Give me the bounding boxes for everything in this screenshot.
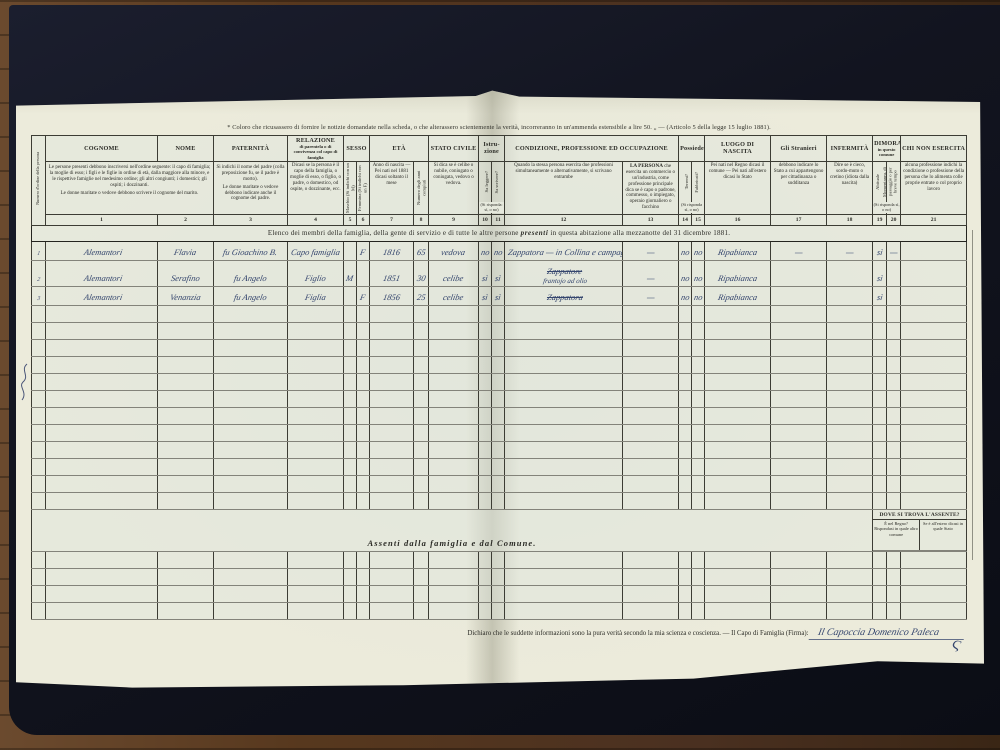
cell-terreni (679, 305, 692, 322)
cell-stranieri (771, 356, 827, 373)
cell-num (32, 339, 46, 356)
cell-f: F (357, 241, 370, 260)
cell-momentanea (887, 441, 901, 458)
cell-momentanea (887, 585, 901, 602)
page-edge-line (972, 230, 973, 560)
cell-luogo (705, 305, 771, 322)
cell-anno (370, 407, 414, 424)
cell-anni (414, 339, 429, 356)
cell-stranieri (771, 373, 827, 390)
cell-fabbricati (692, 568, 705, 585)
cell-infermita (827, 286, 873, 305)
cell-scrive (492, 568, 505, 585)
cell-nome (158, 475, 214, 492)
sa-leggere-label: Sa leggere? (484, 171, 489, 192)
cell-m (344, 458, 357, 475)
cell-anno: 1816 (370, 241, 414, 260)
cell-f (357, 458, 370, 475)
cell-momentanea (887, 407, 901, 424)
col-sesso-desc: Maschio (Si indichi con un M) Femmina (S… (344, 161, 370, 214)
cell-m (344, 305, 357, 322)
cell-terreni: no (679, 260, 692, 286)
cell-paternita (214, 407, 288, 424)
cell-m: M (344, 260, 357, 286)
table-row: 1AlemantoriFlaviafu Gioachino B.Capo fam… (32, 241, 967, 260)
cell-paternita (214, 356, 288, 373)
cell-nome (158, 305, 214, 322)
cell-persona (623, 585, 679, 602)
cell-paternita (214, 373, 288, 390)
cell-nome: Venanzia (158, 286, 214, 305)
cell-cognome (46, 407, 158, 424)
cell-luogo: Ripabianca (705, 260, 771, 286)
cell-anni (414, 585, 429, 602)
cell-cognome: Alemantori (46, 260, 158, 286)
col-luogo-desc: Pei nati nel Regno dicasi il comune — Pe… (705, 161, 771, 214)
cell-stato (429, 475, 479, 492)
cell-momentanea (887, 568, 901, 585)
cell-stranieri (771, 551, 827, 568)
cell-infermita (827, 339, 873, 356)
cell-infermita (827, 551, 873, 568)
cell-infermita (827, 602, 873, 619)
cell-anno (370, 458, 414, 475)
cell-legge (479, 492, 492, 509)
cell-fabbricati (692, 356, 705, 373)
cell-scrive: sì (492, 286, 505, 305)
sheet-content: * Coloro che ricusassero di fornire le n… (31, 124, 967, 647)
cell-condizione (505, 568, 623, 585)
cell-luogo: Ripabianca (705, 241, 771, 260)
cell-num (32, 441, 46, 458)
cell-persona (623, 551, 679, 568)
cell-persona (623, 441, 679, 458)
cell-m (344, 475, 357, 492)
cell-persona (623, 568, 679, 585)
cell-fabbricati (692, 602, 705, 619)
cell-m (344, 602, 357, 619)
col-relazione-title: RELAZIONE di parentela o di convivenza c… (288, 136, 344, 162)
cell-f (357, 390, 370, 407)
cell-stato (429, 585, 479, 602)
cell-abituale (873, 602, 887, 619)
cell-relazione (288, 492, 344, 509)
dove-title: DOVE SI TROVA L'ASSENTE? (873, 510, 966, 520)
cell-legge (479, 356, 492, 373)
cell-infermita (827, 492, 873, 509)
col-chinon-desc: alcuna professione indichi la condizione… (901, 161, 967, 214)
col-infermita-title: INFERMITÀ (827, 136, 873, 162)
cell-num: 3 (32, 286, 46, 305)
cell-fabbricati (692, 305, 705, 322)
cell-luogo (705, 551, 771, 568)
cell-luogo (705, 390, 771, 407)
cell-f: F (357, 286, 370, 305)
cell-paternita (214, 305, 288, 322)
cell-nome (158, 492, 214, 509)
cell-anni (414, 322, 429, 339)
cell-luogo (705, 373, 771, 390)
cell-momentanea (887, 260, 901, 286)
col-istruzione-title: Istru-zione (479, 136, 505, 162)
cell-anni (414, 424, 429, 441)
cell-fabbricati: no (692, 260, 705, 286)
table-row (32, 356, 967, 373)
cell-num (32, 356, 46, 373)
cell-anno (370, 373, 414, 390)
cell-condizione (505, 602, 623, 619)
cell-momentanea (887, 551, 901, 568)
col-paternita-desc: Si indichi il nome del padre (colla prep… (214, 161, 288, 214)
table-row (32, 339, 967, 356)
momentanea-label: Momentanea, di passaggio o per breve tem… (882, 163, 898, 201)
cell-stranieri (771, 424, 827, 441)
cell-nome (158, 568, 214, 585)
cell-legge (479, 390, 492, 407)
cell-paternita: fu Gioachino B. (214, 241, 288, 260)
cell-anni (414, 407, 429, 424)
cell-momentanea (887, 286, 901, 305)
cell-relazione: Figlio (288, 260, 344, 286)
cell-anni (414, 492, 429, 509)
col-chinon-title: CHI NON ESERCITA (901, 136, 967, 162)
cell-anno (370, 492, 414, 509)
cell-num (32, 602, 46, 619)
cell-f (357, 441, 370, 458)
cell-luogo (705, 424, 771, 441)
cell-num (32, 305, 46, 322)
census-table: Numero d'ordine della persona COGNOME NO… (31, 135, 967, 620)
cell-condizione (505, 441, 623, 458)
cell-stranieri (771, 475, 827, 492)
table-row (32, 390, 967, 407)
cell-condizione (505, 475, 623, 492)
cell-relazione (288, 551, 344, 568)
cell-terreni (679, 458, 692, 475)
cell-stato: celibe (429, 260, 479, 286)
cell-terreni (679, 322, 692, 339)
cell-condizione (505, 551, 623, 568)
cell-scrive: no (492, 241, 505, 260)
cell-relazione (288, 475, 344, 492)
cell-scrive (492, 458, 505, 475)
cell-anni: 25 (414, 286, 429, 305)
cell-stato (429, 305, 479, 322)
cell-anno (370, 424, 414, 441)
cell-stranieri (771, 286, 827, 305)
cell-momentanea (887, 356, 901, 373)
cell-abituale (873, 356, 887, 373)
cell-condizione (505, 585, 623, 602)
cell-abituale: sì (873, 286, 887, 305)
cell-persona (623, 492, 679, 509)
cell-nome: Serafino (158, 260, 214, 286)
cell-legge (479, 441, 492, 458)
cell-relazione (288, 602, 344, 619)
cell-stranieri (771, 585, 827, 602)
cell-cognome (46, 339, 158, 356)
declaration-text: Dichiaro che le suddette informazioni so… (467, 630, 808, 637)
cell-infermita (827, 585, 873, 602)
terreni-label: Terreni? (684, 174, 689, 189)
cell-legge (479, 585, 492, 602)
cell-anno: 1856 (370, 286, 414, 305)
col-possiede-desc: Terreni? Fabbricati? (Si risponda sì, o … (679, 161, 705, 214)
cell-terreni (679, 475, 692, 492)
cell-cognome (46, 475, 158, 492)
cell-m (344, 585, 357, 602)
cell-paternita (214, 568, 288, 585)
cell-persona: — (623, 286, 679, 305)
cell-relazione (288, 458, 344, 475)
cell-nome (158, 602, 214, 619)
col-relazione-desc: Dicasi se la persona è il capo della fam… (288, 161, 344, 214)
column-numbers: 1 2 3 4 5 6 7 8 9 10 11 12 13 14 15 16 1 (32, 214, 967, 225)
cell-f (357, 492, 370, 509)
cell-luogo (705, 322, 771, 339)
cell-abituale (873, 390, 887, 407)
dove-box: DOVE SI TROVA L'ASSENTE? È nel Regno? Ri… (873, 509, 967, 551)
cell-anno (370, 305, 414, 322)
cell-chinon (901, 390, 967, 407)
cell-anni (414, 475, 429, 492)
cell-f (357, 305, 370, 322)
cell-num (32, 568, 46, 585)
cell-luogo (705, 568, 771, 585)
table-row (32, 407, 967, 424)
cell-momentanea (887, 322, 901, 339)
cell-paternita (214, 551, 288, 568)
cell-m (344, 390, 357, 407)
cell-scrive (492, 305, 505, 322)
cell-nome (158, 458, 214, 475)
cell-anni (414, 390, 429, 407)
cell-infermita (827, 441, 873, 458)
cell-nome (158, 441, 214, 458)
cell-relazione (288, 585, 344, 602)
cell-abituale (873, 441, 887, 458)
cell-chinon (901, 585, 967, 602)
dove-estero-label: Se è all'estero dicasi in quale Stato (920, 520, 966, 550)
cell-momentanea (887, 458, 901, 475)
cell-num (32, 407, 46, 424)
cell-terreni (679, 373, 692, 390)
cell-anno (370, 339, 414, 356)
cell-persona (623, 602, 679, 619)
cell-nome (158, 585, 214, 602)
col-sesso-title: SESSO (344, 136, 370, 162)
cell-scrive (492, 356, 505, 373)
cell-anni (414, 602, 429, 619)
cell-m (344, 373, 357, 390)
cell-stranieri (771, 441, 827, 458)
cell-infermita (827, 458, 873, 475)
cell-terreni (679, 390, 692, 407)
cell-chinon (901, 441, 967, 458)
cell-chinon (901, 475, 967, 492)
cell-relazione (288, 390, 344, 407)
abituale-label: Abituale (875, 174, 880, 190)
cell-fabbricati (692, 407, 705, 424)
cell-fabbricati (692, 424, 705, 441)
cell-paternita: fu Angelo (214, 260, 288, 286)
cell-paternita: fu Angelo (214, 286, 288, 305)
cell-nome (158, 339, 214, 356)
cell-abituale (873, 407, 887, 424)
cell-nome (158, 551, 214, 568)
cell-anni (414, 305, 429, 322)
cell-scrive (492, 585, 505, 602)
cell-stranieri (771, 407, 827, 424)
col-luogo-title: LUOGO DI NASCITA (705, 136, 771, 162)
cell-persona (623, 407, 679, 424)
cell-scrive (492, 441, 505, 458)
cell-infermita (827, 260, 873, 286)
col-dimora-desc: Abituale Momentanea, di passaggio o per … (873, 161, 901, 214)
cell-condizione (505, 390, 623, 407)
col-cognome-nome-desc: Le persone presenti debbono inscriversi … (46, 161, 214, 214)
cell-stranieri (771, 305, 827, 322)
cell-num (32, 551, 46, 568)
margin-squiggle (18, 362, 32, 402)
cell-m (344, 568, 357, 585)
cell-relazione (288, 356, 344, 373)
cell-stranieri (771, 568, 827, 585)
cell-num (32, 322, 46, 339)
col-possiede-title: Possiede (679, 136, 705, 162)
col-infermita-desc: Dire se è cieco, sordo-muto o cretino (i… (827, 161, 873, 214)
cell-anni (414, 356, 429, 373)
cell-persona (623, 356, 679, 373)
cell-infermita (827, 424, 873, 441)
cell-stato (429, 568, 479, 585)
cell-condizione (505, 373, 623, 390)
cell-nome (158, 356, 214, 373)
cell-f (357, 407, 370, 424)
cell-scrive (492, 475, 505, 492)
cell-scrive (492, 390, 505, 407)
cell-anno (370, 602, 414, 619)
cell-abituale (873, 424, 887, 441)
cell-stato (429, 356, 479, 373)
cell-terreni (679, 585, 692, 602)
cell-anni (414, 551, 429, 568)
cell-f (357, 356, 370, 373)
cell-chinon (901, 568, 967, 585)
cell-legge (479, 551, 492, 568)
cell-stato (429, 602, 479, 619)
cell-scrive (492, 492, 505, 509)
cell-scrive (492, 551, 505, 568)
cell-m (344, 356, 357, 373)
cell-scrive (492, 339, 505, 356)
cell-infermita (827, 407, 873, 424)
col-dimora-title: DIMORA in questo comune (873, 136, 901, 162)
cell-paternita (214, 390, 288, 407)
cell-luogo (705, 475, 771, 492)
table-row: 3AlemantoriVenanziafu AngeloFigliaF18562… (32, 286, 967, 305)
cell-anno: 1851 (370, 260, 414, 286)
cell-relazione (288, 407, 344, 424)
col-condizione-desc: Quando la stessa persona esercita due pr… (505, 161, 623, 214)
cell-legge (479, 568, 492, 585)
cell-fabbricati (692, 339, 705, 356)
cell-cognome: Alemantori (46, 286, 158, 305)
cell-m (344, 339, 357, 356)
cell-terreni (679, 339, 692, 356)
cell-momentanea (887, 492, 901, 509)
cell-abituale (873, 305, 887, 322)
cell-paternita (214, 322, 288, 339)
cell-f (357, 551, 370, 568)
table-row (32, 602, 967, 619)
cell-stato: celibe (429, 286, 479, 305)
cell-m (344, 492, 357, 509)
table-row (32, 568, 967, 585)
cell-chinon (901, 322, 967, 339)
cell-cognome (46, 568, 158, 585)
cell-persona: — (623, 260, 679, 286)
cell-terreni (679, 492, 692, 509)
cell-chinon (901, 356, 967, 373)
cell-abituale (873, 492, 887, 509)
cell-nome (158, 407, 214, 424)
cell-fabbricati: no (692, 286, 705, 305)
cell-terreni: no (679, 241, 692, 260)
cell-luogo (705, 602, 771, 619)
cell-cognome: Alemantori (46, 241, 158, 260)
cell-infermita (827, 356, 873, 373)
cell-chinon (901, 241, 967, 260)
cell-terreni (679, 441, 692, 458)
cell-fabbricati (692, 458, 705, 475)
cell-terreni (679, 568, 692, 585)
cell-condizione: Zappatora (505, 286, 623, 305)
cell-stato (429, 424, 479, 441)
cell-abituale (873, 551, 887, 568)
cell-m (344, 286, 357, 305)
sa-scrivere-label: Sa scrivere? (494, 171, 499, 193)
cell-abituale (873, 568, 887, 585)
cell-stranieri (771, 260, 827, 286)
cell-nome (158, 390, 214, 407)
cell-fabbricati (692, 322, 705, 339)
cell-anno (370, 568, 414, 585)
cell-momentanea (887, 475, 901, 492)
cell-fabbricati (692, 441, 705, 458)
cell-luogo: Ripabianca (705, 286, 771, 305)
cell-anno (370, 390, 414, 407)
col-eta-anni-desc: Numero degli anni compiuti (414, 161, 429, 214)
cell-persona (623, 390, 679, 407)
cell-stato (429, 373, 479, 390)
census-sheet: * Coloro che ricusassero di fornire le n… (16, 90, 984, 690)
cell-luogo (705, 458, 771, 475)
cell-chinon (901, 424, 967, 441)
col-persona-desc: LA PERSONA che esercita un commercio o u… (623, 161, 679, 214)
legal-footnote: * Coloro che ricusassero di fornire le n… (31, 124, 967, 131)
cell-nome (158, 424, 214, 441)
cell-anni: 30 (414, 260, 429, 286)
cell-condizione (505, 424, 623, 441)
cell-luogo (705, 492, 771, 509)
cell-stato (429, 441, 479, 458)
fabbricati-label: Fabbricati? (694, 172, 699, 193)
cell-terreni (679, 356, 692, 373)
cell-m (344, 551, 357, 568)
cell-cognome (46, 585, 158, 602)
cell-stato (429, 458, 479, 475)
